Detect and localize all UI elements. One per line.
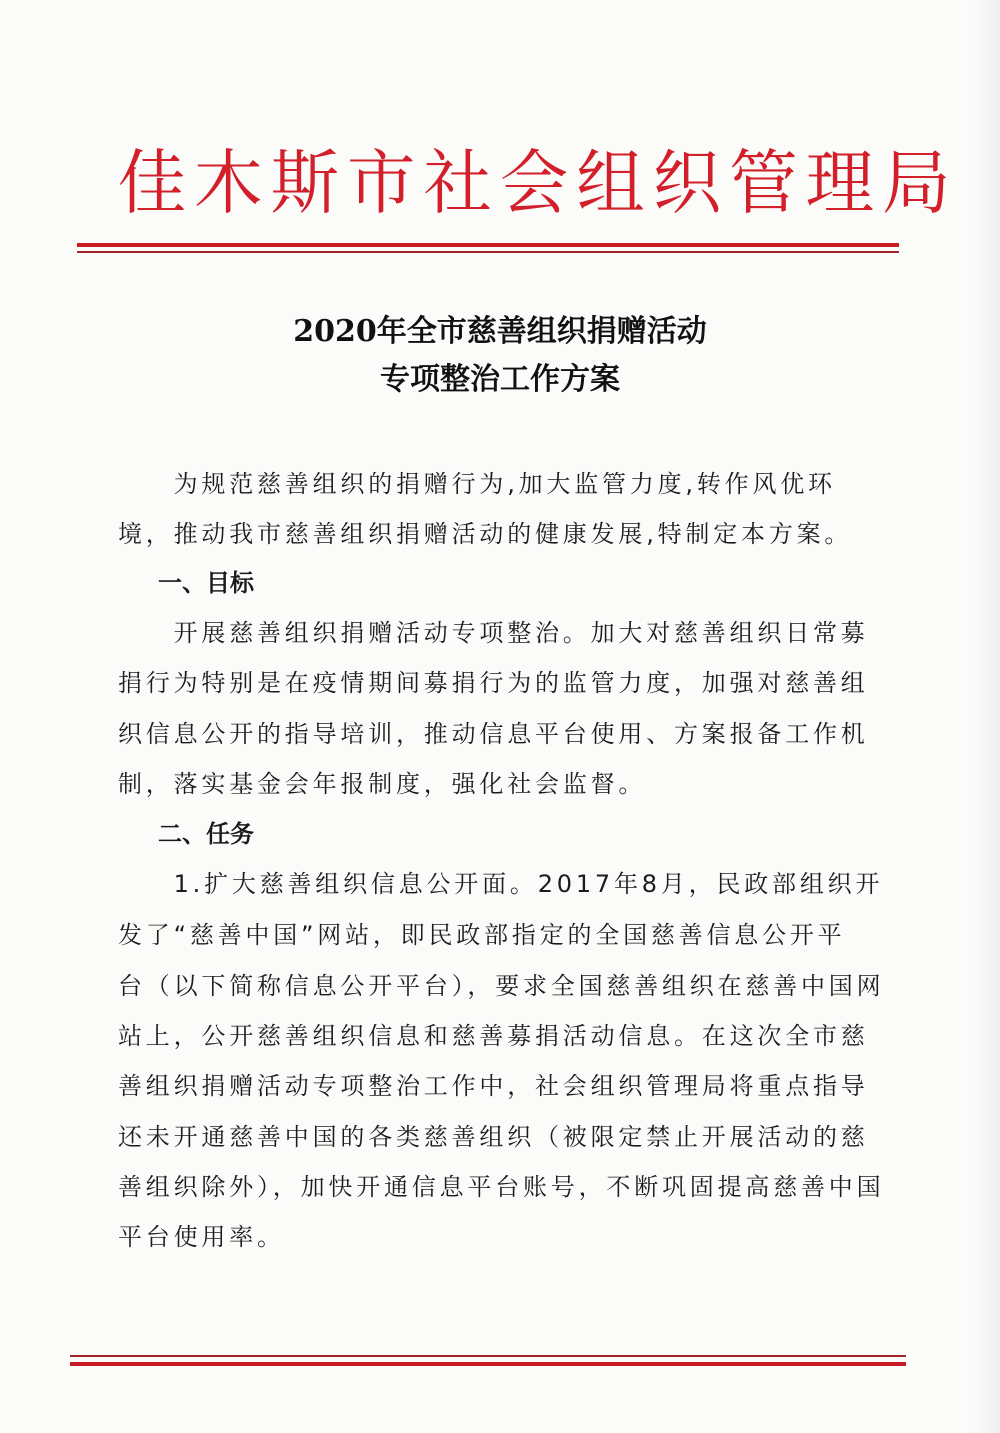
footer-rule-thin [70,1355,906,1357]
paragraph-line: 织信息公开的指导培训，推动信息平台使用、方案报备工作机 [118,714,886,749]
document-title-line1: 2020年全市慈善组织捐赠活动 [0,306,1000,350]
paragraph-line: 制，落实基金会年报制度，强化社会监督。 [118,764,886,799]
paragraph-line: 台（以下简称信息公开平台），要求全国慈善组织在慈善中国网 [118,966,886,1001]
intro-line: 为规范慈善组织的捐赠行为,加大监管力度,转作风优环 [118,464,886,499]
paragraph-line: 站上，公开慈善组织信息和慈善募捐活动信息。在这次全市慈 [118,1016,886,1051]
paragraph-line: 善组织除外），加快开通信息平台账号，不断巩固提高慈善中国 [118,1167,886,1202]
paragraph-line: 平台使用率。 [118,1217,886,1252]
paragraph-line: 善组织捐赠活动专项整治工作中，社会组织管理局将重点指导 [118,1066,886,1101]
scan-page-edge [972,0,1000,1433]
document-title-line2: 专项整治工作方案 [0,354,1000,398]
paragraph-line: 开展慈善组织捐赠活动专项整治。加大对慈善组织日常募 [118,613,886,648]
paragraph-line: 1.扩大慈善组织信息公开面。2017年8月，民政部组织开 [118,864,886,899]
header-rule-thin [77,251,899,253]
paragraph-line: 发了“慈善中国”网站，即民政部指定的全国慈善信息公开平 [118,915,886,950]
paragraph-line: 还未开通慈善中国的各类慈善组织（被限定禁止开展活动的慈 [118,1117,886,1152]
paragraph-line: 捐行为特别是在疫情期间募捐行为的监管力度，加强对慈善组 [118,663,886,698]
section-heading-goal: 一、目标 [158,563,254,598]
footer-rule-thick [70,1362,906,1366]
intro-line: 境，推动我市慈善组织捐赠活动的健康发展,特制定本方案。 [118,514,886,549]
header-rule-thick [77,243,899,247]
letterhead-org-name: 佳木斯市社会组织管理局 [118,138,863,228]
section-heading-tasks: 二、任务 [158,814,254,849]
